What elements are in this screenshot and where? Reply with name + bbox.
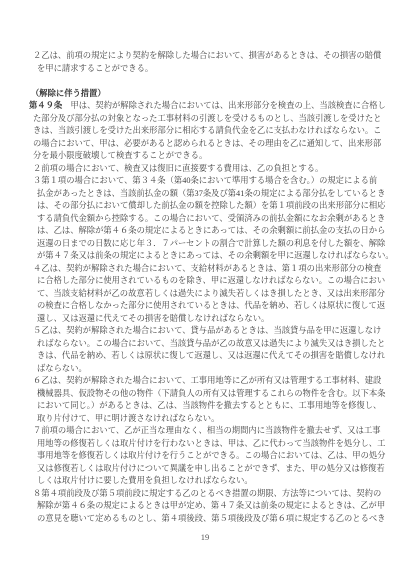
text-line: を甲に請求することができる。 (29, 63, 385, 76)
paragraph-4: ４乙は、契約が解除された場合において、支給材料があるときは、第１項の出来形部分の… (29, 263, 385, 326)
text-line: 機械器具、仮設物その他の物件（下請負人の所有又は管理するこれらの物件を含む。以下… (29, 388, 385, 401)
text-line: た部分及び部分払の対象となった工事材料の引渡しを受けるものとし、当該引渡しを受け… (29, 113, 385, 126)
text-line: ればならない。この場合において、当該貸与品が乙の故意又は過失により滅失又はき損し… (29, 338, 385, 351)
text-line: は、乙は、解除が第４６条の規定によるときにあっては、その余剰額に前払金の支払の日… (29, 225, 385, 238)
text-line: が第４７条又は前条の規定によるときにあっては、その余剰額を甲に返還しなければなら… (29, 250, 385, 263)
text-line: において同じ。）があるときは、乙は、当該物件を撤去するとともに、工事用地等を修復… (29, 400, 385, 413)
text: 乙は、契約が解除された場合において、貸与品があるときは、当該貸与品を甲に返還しな… (41, 326, 381, 335)
text-line: する請負代金額から控除する。この場合において、受領済みの前払金額になお余剰がある… (29, 213, 385, 226)
text-line: 用地等の修復若しくは取片付けを行わないときは、甲は、乙に代わって当該物件を処分し… (29, 438, 385, 451)
text-line: 還し、又は返還に代えてその損害を賠償しなければならない。 (29, 313, 385, 326)
text: 第４項前段及び第５項前段に規定する乙のとるべき措置の期限、方法等については、契約… (41, 489, 381, 498)
text: 甲は、契約が解除された場合においては、出来形部分を検査の上、当該検査に合格し (62, 101, 386, 110)
text: 前項の場合において、検査又は復旧に直接要する費用は、乙の負担とする。 (41, 164, 323, 173)
paragraph-5: ５乙は、契約が解除された場合において、貸与品があるときは、当該貸与品を甲に返還し… (29, 325, 385, 375)
text-line: て、当該支給材料が乙の故意若しくは過失により滅失若しくはき損したとき、又は出来形… (29, 288, 385, 301)
blank-line (29, 75, 385, 88)
paragraph-6: ６乙は、契約が解除された場合において、工事用地等に乙が所有又は管理する工事材料、… (29, 375, 385, 425)
text-line: の意見を聴いて定めるものとし、第４項後段、第５項後段及び第６項に規定する乙のとる… (29, 513, 385, 526)
text-line: きは、代品を納め、若しくは原状に復して返還し、又は返還に代えてその損害を賠償しな… (29, 350, 385, 363)
text-line: しくは取片付けに要した費用を負担しなければならない。 (29, 475, 385, 488)
page-number: 19 (0, 532, 410, 542)
article-49: 第４９条 甲は、契約が解除された場合においては、出来形部分を検査の上、当該検査に… (29, 100, 385, 163)
text-line: ４乙は、契約が解除された場合において、支給材料があるときは、第１項の出来形部分の… (33, 263, 385, 276)
text-line: ７前項の場合において、乙が正当な理由なく、相当の期間内に当該物件を撤去せず、又は… (33, 425, 385, 438)
text-line: 取り片付けて、甲に明け渡さなければならない。 (29, 413, 385, 426)
text-line: 返還の日までの日数に応じ年３．７パーセントの割合で計算した額の利息を付した額を、… (29, 238, 385, 251)
text-line: に合格した部分に使用されているものを除き、甲に返還しなければならない。この場合に… (29, 275, 385, 288)
text-line: は、その部分払において償却した前払金の額を控除した額）を第１項前段の出来形部分に… (29, 200, 385, 213)
text-line: 解除が第４６条の規定によるときは甲が定め、第４７条又は前条の規定によるときは、乙… (29, 500, 385, 513)
paragraph-8: ８第４項前段及び第５項前段に規定する乙のとるべき措置の期限、方法等については、契… (29, 488, 385, 526)
text: 乙は、前項の規定により契約を解除した場合において、損害があるときは、その損害の賠… (41, 51, 381, 60)
text-line: 第４９条 甲は、契約が解除された場合においては、出来形部分を検査の上、当該検査に… (29, 100, 385, 113)
text-line: の検査に合格しなかった部分に使用されているときは、代品を納め、若しくは原状に復し… (29, 300, 385, 313)
text-line: の場合において、甲は、必要があると認められるときは、その理由を乙に通知して、出来… (29, 138, 385, 151)
paragraph-2: ２前項の場合において、検査又は復旧に直接要する費用は、乙の負担とする。 (29, 163, 385, 176)
text-line: ５乙は、契約が解除された場合において、貸与品があるときは、当該貸与品を甲に返還し… (33, 325, 385, 338)
text-line: ８第４項前段及び第５項前段に規定する乙のとるべき措置の期限、方法等については、契… (33, 488, 385, 501)
text-line: きは、当該引渡しを受けた出来形部分に相応する請負代金を乙に支払わなければならない… (29, 125, 385, 138)
contract-text-body: ２乙は、前項の規定により契約を解除した場合において、損害があるときは、その損害の… (29, 50, 385, 525)
carryover-paragraph-2: ２乙は、前項の規定により契約を解除した場合において、損害があるときは、その損害の… (29, 50, 385, 75)
text-line: ３第１項の場合において、第３４条（第40条において準用する場合を含む。）の規定に… (33, 175, 385, 188)
text-line: 払金があったときは、当該前払金の額（第37条及び第41条の規定による部分払をして… (29, 188, 385, 201)
text: 乙は、契約が解除された場合において、工事用地等に乙が所有又は管理する工事材料、建… (41, 376, 381, 385)
text-line: ６乙は、契約が解除された場合において、工事用地等に乙が所有又は管理する工事材料、… (33, 375, 385, 388)
article-number: 第４９条 (29, 101, 62, 110)
text-line: 又は修復若しくは取片付けについて異議を申し出ることができず、また、甲の処分又は修… (29, 463, 385, 476)
text-line: 事用地等を修復若しくは取片付けを行うことができる。この場合においては、乙は、甲の… (29, 450, 385, 463)
paragraph-3: ３第１項の場合において、第３４条（第40条において準用する場合を含む。）の規定に… (29, 175, 385, 263)
text: 前項の場合において、乙が正当な理由なく、相当の期間内に当該物件を撤去せず、又は工… (41, 426, 380, 435)
text-line: ばならない。 (29, 363, 385, 376)
text-line: 分を最小限度破壊して検査することができる。 (29, 150, 385, 163)
text-line: ２前項の場合において、検査又は復旧に直接要する費用は、乙の負担とする。 (33, 163, 385, 176)
text: 乙は、契約が解除された場合において、支給材料があるときは、第１項の出来形部分の検… (41, 264, 381, 273)
section-heading: （解除に伴う措置） (31, 88, 385, 101)
text: 第１項の場合において、第３４条（第40条において準用する場合を含む。）の規定によ… (41, 176, 377, 185)
text-line: ２乙は、前項の規定により契約を解除した場合において、損害があるときは、その損害の… (33, 50, 385, 63)
paragraph-7: ７前項の場合において、乙が正当な理由なく、相当の期間内に当該物件を撤去せず、又は… (29, 425, 385, 488)
document-page: ２乙は、前項の規定により契約を解除した場合において、損害があるときは、その損害の… (0, 0, 410, 580)
